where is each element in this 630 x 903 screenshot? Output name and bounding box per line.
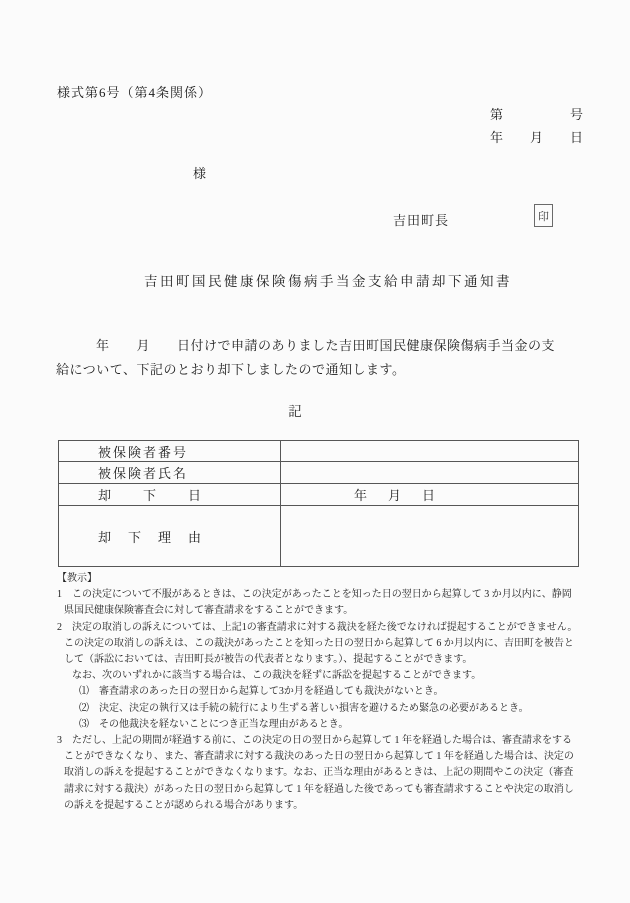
table-row: 却 下 理 由 (59, 506, 579, 567)
doc-date-line: 年 月 日 (490, 127, 583, 146)
note-line: ⑴ 審査請求のあった日の翌日から起算して3か月を経過しても裁決がないとき。 (57, 684, 602, 700)
note-line: 3 ただし、上記の期間が経過する前に、この決定の日の翌日から起算して 1 年を経… (57, 733, 602, 749)
row-value (281, 506, 579, 567)
note-line: この決定の取消しの訴えは、この裁決があったことを知った日の翌日から起算して 6 … (57, 636, 602, 652)
note-line: 取消しの訴えを提起することができなくなります。なお、正当な理由があるときは、上記… (57, 765, 602, 781)
page-title: 吉田町国民健康保険傷病手当金支給申請却下通知書 (0, 270, 630, 290)
record-marker: 記 (0, 400, 630, 420)
form-table: 被保険者番号 被保険者氏名 却 下 日 年 月 日 却 下 理 由 (58, 440, 579, 567)
note-line: なお、次のいずれかに該当する場合は、この裁決を経ずに訴訟を提起することができます… (57, 668, 602, 684)
row-label: 被保険者番号 (59, 441, 281, 462)
note-line: ⑶ その他裁決を経ないことにつき正当な理由があるとき。 (57, 717, 602, 733)
date-year-label: 年 (490, 127, 503, 146)
note-line: ⑵ 決定、決定の執行又は手続の続行により生ずる著しい損害を避けるため緊急の必要が… (57, 701, 602, 717)
doc-number-line: 第 号 (490, 104, 583, 123)
date-month-label: 月 (530, 127, 543, 146)
note-line: 請求に対する裁決）があった日の翌日から起算して 1 年を経過した後であっても審査… (57, 782, 602, 798)
row-label: 却 下 理 由 (59, 506, 281, 567)
row-value (281, 462, 579, 484)
doc-number-prefix: 第 (490, 104, 503, 123)
notes-section: 【教示】 1 この決定について不服があるときは、この決定があったことを知った日の… (57, 571, 602, 814)
note-line: ことができなくなり、また、審査請求に対する裁決のあった日の翌日から起算して 1 … (57, 749, 602, 765)
issuer-name: 吉田町長 (393, 210, 449, 229)
note-line: 1 この決定について不服があるときは、この決定があったことを知った日の翌日から起… (57, 587, 602, 603)
table-row: 却 下 日 年 月 日 (59, 484, 579, 506)
body-line: 給について、下記のとおり却下しましたので通知します。 (56, 358, 596, 382)
addressee-suffix: 様 (193, 163, 206, 182)
notes-heading: 【教示】 (57, 571, 602, 587)
note-line: の訴えを提起することが認められる場合があります。 (57, 798, 602, 814)
table-row: 被保険者氏名 (59, 462, 579, 484)
row-label: 被保険者氏名 (59, 462, 281, 484)
doc-number-suffix: 号 (570, 104, 583, 123)
body-paragraph: 年 月 日付けで申請のありました吉田町国民健康保険傷病手当金の支 給について、下… (56, 334, 596, 382)
note-line: 2 決定の取消しの訴えについては、上記1の審査請求に対する裁決を経た後でなければ… (57, 620, 602, 636)
table-row: 被保険者番号 (59, 441, 579, 462)
note-line: して（訴訟においては、吉田町長が被告の代表者となります。）、提起することができま… (57, 652, 602, 668)
row-value: 年 月 日 (281, 484, 579, 506)
body-line: 年 月 日付けで申請のありました吉田町国民健康保険傷病手当金の支 (56, 334, 596, 358)
document-page: 様式第6号（第4条関係） 第 号 年 月 日 様 吉田町長 印 吉田町国民健康保… (0, 0, 630, 903)
row-label: 却 下 日 (59, 484, 281, 506)
notes-lines: 1 この決定について不服があるときは、この決定があったことを知った日の翌日から起… (57, 587, 602, 814)
form-number: 様式第6号（第4条関係） (57, 82, 212, 101)
seal-mark: 印 (538, 208, 549, 224)
date-day-label: 日 (570, 127, 583, 146)
note-line: 県国民健康保険審査会に対して審査請求をすることができます。 (57, 603, 602, 619)
row-value (281, 441, 579, 462)
seal-box: 印 (534, 204, 553, 227)
